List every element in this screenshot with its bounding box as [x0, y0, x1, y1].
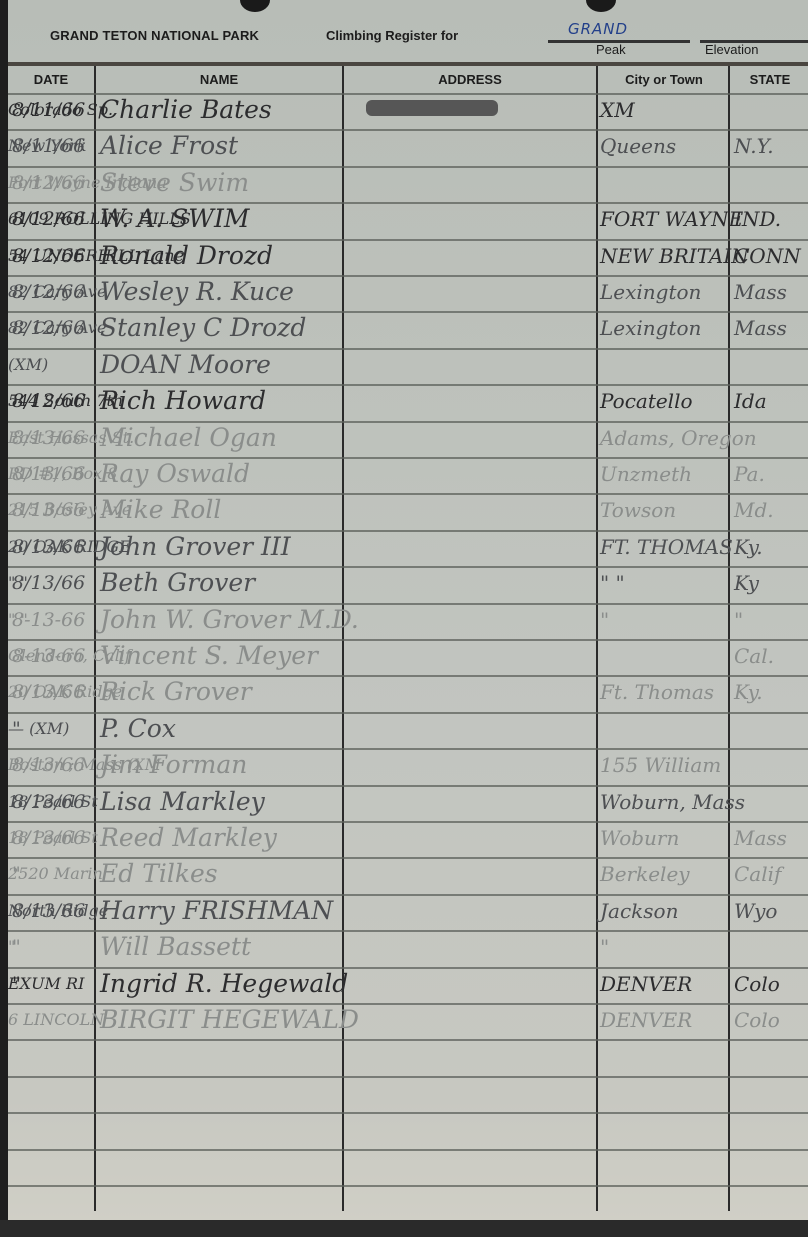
column-header-address: ADDRESS	[344, 72, 596, 87]
ruled-line	[8, 1149, 808, 1151]
ruled-line	[8, 1076, 808, 1078]
ruled-line	[8, 93, 808, 95]
column-header-city: City or Town	[598, 72, 730, 87]
ruled-line	[8, 748, 808, 750]
ruled-line	[8, 1185, 808, 1187]
peak-label: Peak	[596, 42, 626, 57]
ruled-line	[8, 166, 808, 168]
ruled-line	[8, 129, 808, 131]
clipboard-edge	[0, 1220, 808, 1237]
ruled-line	[8, 239, 808, 241]
peak-value: GRAND	[568, 20, 628, 38]
ruled-line	[8, 384, 808, 386]
ruled-line	[8, 639, 808, 641]
ruled-line	[8, 421, 808, 423]
ruled-line	[8, 857, 808, 859]
column-header-state: STATE	[732, 72, 808, 87]
register-label: Climbing Register for	[326, 28, 458, 43]
climbing-register-sheet: GRAND TETON NATIONAL PARK Climbing Regis…	[8, 0, 808, 1222]
binder-hole	[240, 0, 270, 12]
ruled-line	[8, 603, 808, 605]
ruled-line	[8, 348, 808, 350]
ruled-line	[8, 894, 808, 896]
ruled-line	[8, 566, 808, 568]
ruled-line	[8, 967, 808, 969]
ruled-line	[8, 530, 808, 532]
binder-hole	[586, 0, 616, 12]
header-rule	[8, 62, 808, 66]
ruled-line	[8, 311, 808, 313]
ruled-line	[8, 202, 808, 204]
ruled-line	[8, 457, 808, 459]
ruled-line	[8, 493, 808, 495]
ruled-line	[8, 1039, 808, 1041]
ruled-line	[8, 1003, 808, 1005]
column-header-name: NAME	[96, 72, 342, 87]
park-title: GRAND TETON NATIONAL PARK	[50, 28, 259, 43]
ruled-line	[8, 1112, 808, 1114]
ruled-line	[8, 930, 808, 932]
ruled-line	[8, 275, 808, 277]
ruled-line	[8, 785, 808, 787]
ruled-line	[8, 821, 808, 823]
column-header-date: DATE	[8, 72, 94, 87]
ruled-line	[8, 675, 808, 677]
elevation-label: Elevation	[705, 42, 758, 57]
ruled-line	[8, 712, 808, 714]
